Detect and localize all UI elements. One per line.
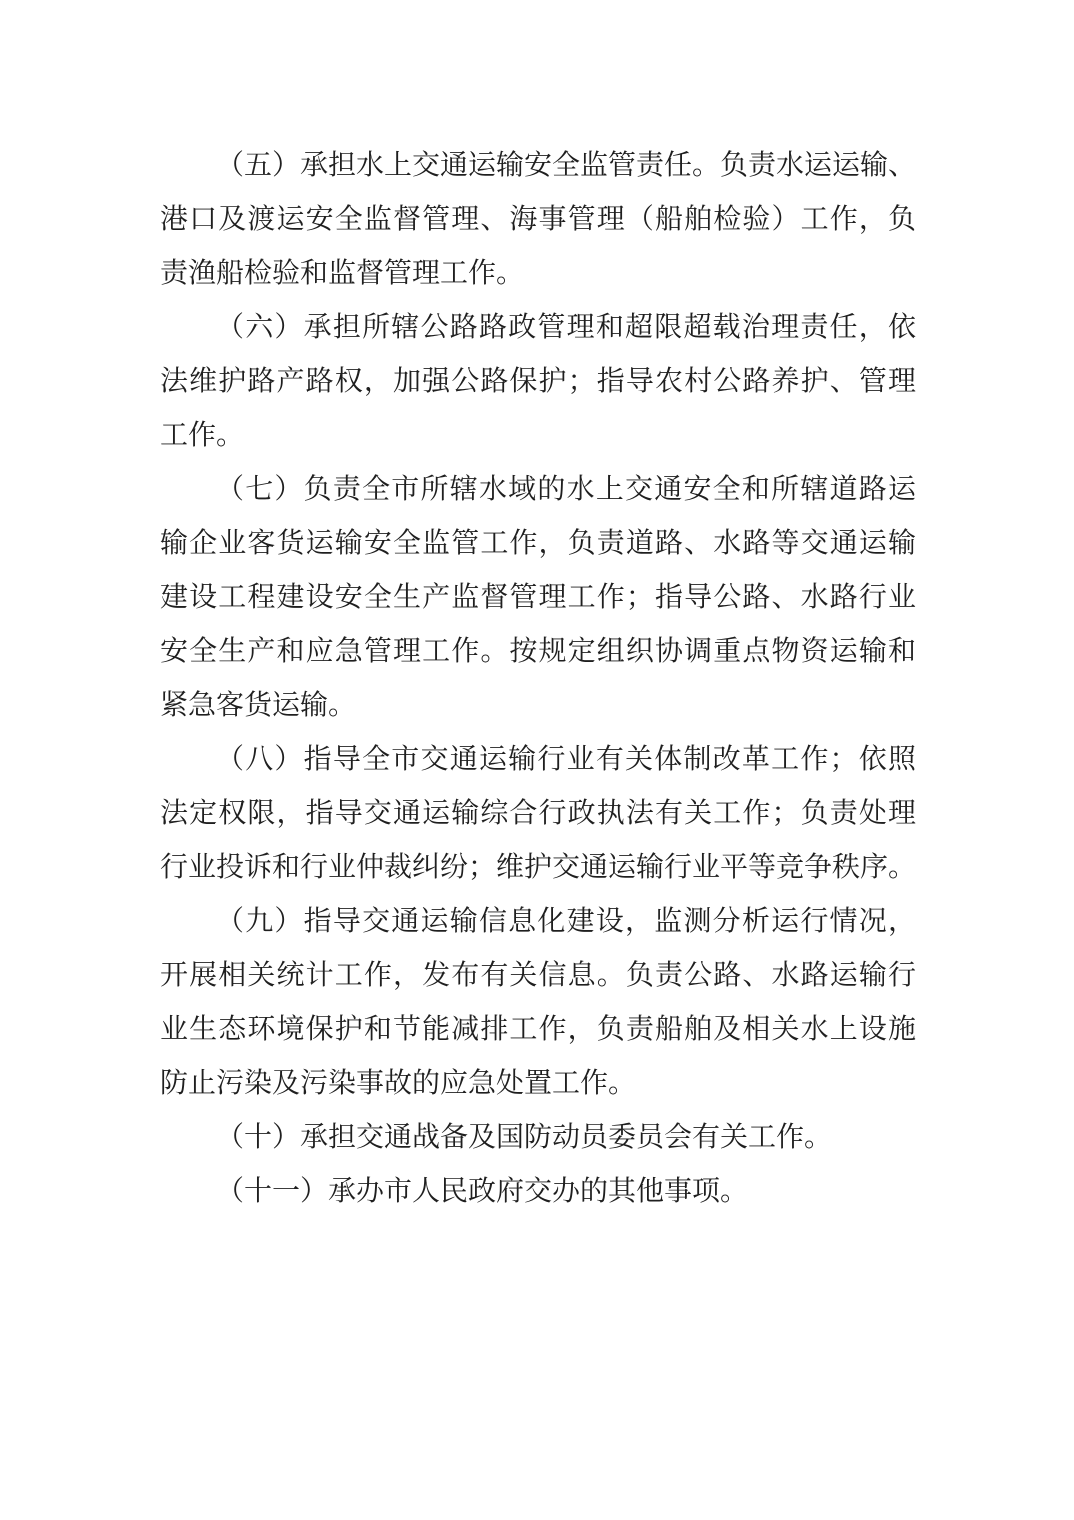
text-line: 业生态环境保护和节能减排工作，负责船舶及相关水上设施: [160, 1002, 916, 1056]
text-line: 法维护路产路权，加强公路保护；指导农村公路养护、管理: [160, 354, 916, 408]
text-line: （九）指导交通运输信息化建设，监测分析运行情况，: [160, 894, 916, 948]
text-line: 输企业客货运输安全监管工作，负责道路、水路等交通运输: [160, 516, 916, 570]
paragraph-item-十: （十）承担交通战备及国防动员委员会有关工作。: [160, 1110, 916, 1164]
text-line: （七）负责全市所辖水域的水上交通安全和所辖道路运: [160, 462, 916, 516]
text-line: 开展相关统计工作，发布有关信息。负责公路、水路运输行: [160, 948, 916, 1002]
text-line: 责渔船检验和监督管理工作。: [160, 246, 916, 300]
text-line: 防止污染及污染事故的应急处置工作。: [160, 1056, 916, 1110]
text-line: 安全生产和应急管理工作。按规定组织协调重点物资运输和: [160, 624, 916, 678]
paragraph-item-九: （九）指导交通运输信息化建设，监测分析运行情况，开展相关统计工作，发布有关信息。…: [160, 894, 916, 1110]
text-line: 紧急客货运输。: [160, 678, 916, 732]
paragraph-item-七: （七）负责全市所辖水域的水上交通安全和所辖道路运输企业客货运输安全监管工作，负责…: [160, 462, 916, 732]
text-line: （十）承担交通战备及国防动员委员会有关工作。: [160, 1110, 916, 1164]
paragraph-item-六: （六）承担所辖公路路政管理和超限超载治理责任，依法维护路产路权，加强公路保护；指…: [160, 300, 916, 462]
paragraph-item-八: （八）指导全市交通运输行业有关体制改革工作；依照法定权限，指导交通运输综合行政执…: [160, 732, 916, 894]
text-line: 建设工程建设安全生产监督管理工作；指导公路、水路行业: [160, 570, 916, 624]
text-line: （五）承担水上交通运输安全监管责任。负责水运运输、: [160, 138, 916, 192]
text-line: （八）指导全市交通运输行业有关体制改革工作；依照: [160, 732, 916, 786]
text-line: （十一）承办市人民政府交办的其他事项。: [160, 1164, 916, 1218]
document-page: （五）承担水上交通运输安全监管责任。负责水运运输、港口及渡运安全监督管理、海事管…: [0, 0, 1074, 1520]
text-line: 港口及渡运安全监督管理、海事管理（船舶检验）工作，负: [160, 192, 916, 246]
text-line: 法定权限，指导交通运输综合行政执法有关工作；负责处理: [160, 786, 916, 840]
document-body: （五）承担水上交通运输安全监管责任。负责水运运输、港口及渡运安全监督管理、海事管…: [160, 138, 916, 1218]
paragraph-item-五: （五）承担水上交通运输安全监管责任。负责水运运输、港口及渡运安全监督管理、海事管…: [160, 138, 916, 300]
text-line: 行业投诉和行业仲裁纠纷；维护交通运输行业平等竞争秩序。: [160, 840, 916, 894]
text-line: 工作。: [160, 408, 916, 462]
text-line: （六）承担所辖公路路政管理和超限超载治理责任，依: [160, 300, 916, 354]
paragraph-item-十一: （十一）承办市人民政府交办的其他事项。: [160, 1164, 916, 1218]
